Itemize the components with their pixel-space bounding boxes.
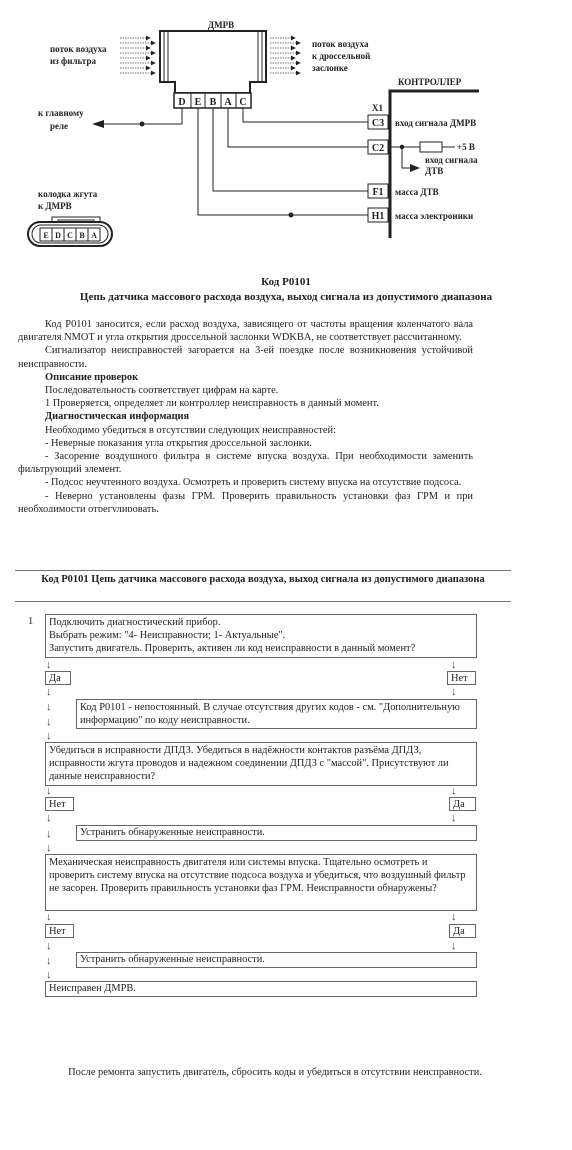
- paragraph: Последовательность соответствует цифрам …: [18, 384, 473, 397]
- svg-text:C3: C3: [372, 118, 384, 129]
- arrow-icon: ↓: [46, 970, 52, 981]
- harness-pin-c: C: [67, 231, 73, 240]
- signal-wires: [198, 108, 368, 217]
- harness-pin-e: E: [43, 231, 48, 240]
- dtv-input-label-2: ДТВ: [425, 166, 443, 176]
- intermittent-box: Код P0101 - непостоянный. В случае отсут…: [76, 699, 477, 729]
- code-subtitle: Цепь датчика массового расхода воздуха, …: [0, 291, 572, 303]
- arrow-icon: ↓: [46, 687, 52, 698]
- arrow-icon: ↓: [451, 912, 457, 923]
- step3-box: Механическая неисправность двигателя или…: [45, 854, 477, 911]
- arrow-icon: ↓: [451, 660, 457, 671]
- step1-line: Запустить двигатель. Проверить, активен …: [49, 642, 473, 655]
- air-in-label-2: из фильтра: [50, 56, 96, 66]
- arrow-icon: ↓: [46, 786, 52, 797]
- airflow-out-arrows-icon: [270, 38, 300, 73]
- h1-label: масса электроники: [395, 211, 473, 221]
- controller-pin-f1: F1: [368, 184, 388, 198]
- fix1-box: Устранить обнаруженные неисправности.: [76, 825, 477, 841]
- connector-name: X1: [372, 103, 383, 113]
- svg-text:C2: C2: [372, 143, 384, 154]
- f1-label: масса ДТВ: [395, 187, 439, 197]
- air-out-label-2: к дроссельной: [312, 51, 370, 61]
- arrow-icon: ↓: [46, 843, 52, 854]
- air-out-label-1: поток воздуха: [312, 39, 369, 49]
- sensor-pin-c: C: [239, 97, 246, 108]
- svg-text:H1: H1: [372, 211, 385, 222]
- code-title: Код P0101: [0, 276, 572, 288]
- fix2-box: Устранить обнаруженные неисправности.: [76, 952, 477, 968]
- footer-note: После ремонта запустить двигатель, сброс…: [40, 1066, 510, 1079]
- sensor-pin-b: B: [210, 97, 217, 108]
- harness-pin-b: B: [79, 231, 85, 240]
- step3-yes-box: Да: [449, 924, 476, 938]
- arrow-icon: ↓: [46, 717, 52, 728]
- harness-label-1: колодка жгута: [38, 189, 98, 199]
- air-in-label-1: поток воздуха: [50, 44, 107, 54]
- step1-yes-box: Да: [45, 671, 71, 685]
- paragraph: Код P0101 заносится, если расход воздуха…: [18, 318, 473, 344]
- arrow-icon: ↓: [46, 660, 52, 671]
- step2-box: Убедиться в исправности ДПДЗ. Убедиться …: [45, 742, 477, 786]
- harness-pin-d: D: [55, 231, 61, 240]
- controller-pin-c2: C2: [368, 140, 388, 154]
- step2-yes-box: Да: [449, 797, 476, 811]
- paragraph: 1 Проверяется, определяет ли контроллер …: [18, 397, 473, 410]
- harness-pin-a: A: [91, 231, 97, 240]
- step1-box: Подключить диагностический прибор. Выбра…: [45, 614, 477, 658]
- arrow-icon: ↓: [451, 813, 457, 824]
- relay-wire: [92, 108, 182, 128]
- arrow-icon: ↓: [46, 829, 52, 840]
- harness-label-2: к ДМРВ: [38, 201, 72, 211]
- description-body: Код P0101 заносится, если расход воздуха…: [18, 318, 473, 512]
- air-out-label-3: заслонке: [312, 63, 348, 73]
- step2-no-box: Нет: [45, 797, 74, 811]
- controller-pin-h1: H1: [368, 208, 388, 222]
- arrow-icon: ↓: [46, 912, 52, 923]
- list-item: - Подсос неучтенного воздуха. Осмотреть …: [18, 476, 473, 489]
- section-heading-diagnostics: Диагностическая информация: [18, 410, 473, 423]
- step-number: 1: [28, 616, 33, 627]
- controller-title: КОНТРОЛЛЕР: [398, 77, 462, 87]
- sensor-pin-d: D: [178, 97, 185, 108]
- step1-line: Выбрать режим: "4- Неисправности; 1- Акт…: [49, 629, 473, 642]
- arrow-icon: ↓: [46, 702, 52, 713]
- dtv-input-label-1: вход сигнала: [425, 155, 478, 165]
- list-item: - Неверные показания угла открытия дросс…: [18, 437, 473, 450]
- list-item: - Засорение воздушного фильтра в системе…: [18, 450, 473, 476]
- sensor-pin-a: A: [224, 97, 232, 108]
- step1-line: Подключить диагностический прибор.: [49, 616, 473, 629]
- relay-label-2: реле: [50, 121, 68, 131]
- arrow-icon: ↓: [451, 941, 457, 952]
- wiring-diagram: ДМРВ D E B A C поток воздуха из фильтра: [0, 0, 572, 265]
- sensor-title: ДМРВ: [208, 20, 234, 30]
- list-item: - Неверно установлены фазы ГРМ. Проверит…: [18, 490, 473, 512]
- maf-sensor: ДМРВ D E B A C: [160, 20, 266, 108]
- paragraph: Сигнализатор неисправностей загорается н…: [18, 344, 473, 370]
- flowchart-header: Код P0101 Цепь датчика массового расхода…: [15, 570, 511, 602]
- arrow-icon: ↓: [46, 813, 52, 824]
- section-heading-checks: Описание проверок: [18, 371, 473, 384]
- c3-label: вход сигнала ДМРВ: [395, 118, 476, 128]
- arrow-icon: ↓: [46, 941, 52, 952]
- arrow-icon: ↓: [451, 687, 457, 698]
- airflow-in-arrows-icon: [120, 38, 155, 73]
- svg-text:F1: F1: [372, 187, 383, 198]
- step3-no-box: Нет: [45, 924, 74, 938]
- paragraph: Необходимо убедиться в отсутствии следую…: [18, 424, 473, 437]
- arrow-icon: ↓: [46, 956, 52, 967]
- arrow-icon: ↓: [46, 731, 52, 742]
- supply-label: +5 В: [457, 142, 475, 152]
- step1-no-box: Нет: [447, 671, 476, 685]
- sensor-pin-e: E: [195, 97, 202, 108]
- final-box: Неисправен ДМРВ.: [45, 981, 477, 997]
- controller-pin-c3: C3: [368, 115, 388, 129]
- relay-label-1: к главному: [38, 108, 84, 118]
- arrow-icon: ↓: [451, 786, 457, 797]
